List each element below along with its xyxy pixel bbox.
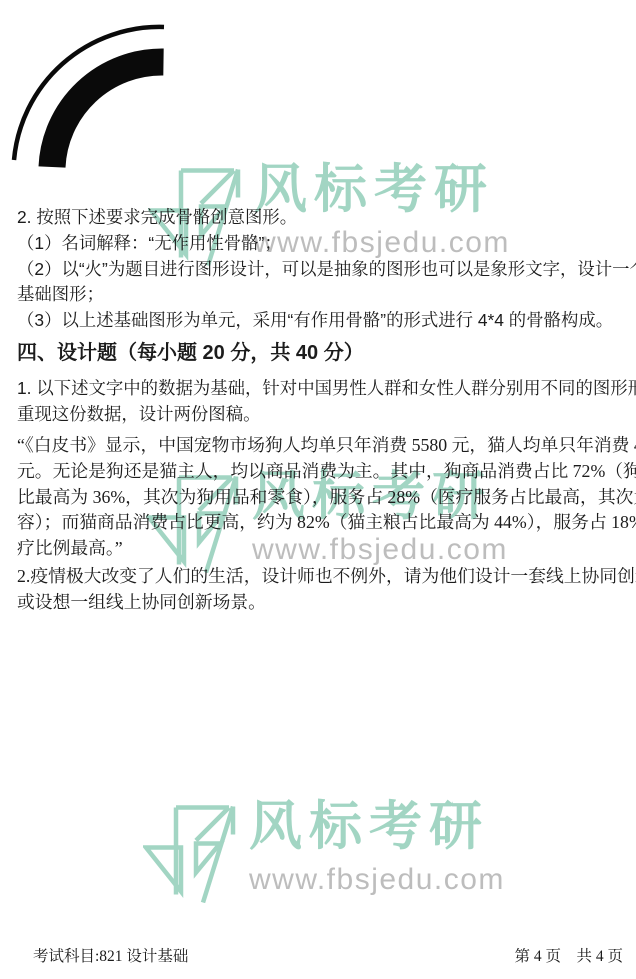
text-line: 容）；而猫商品消费占比更高，约为 82%（猫主粮占比最高为 44%），服务占 1… (17, 510, 627, 536)
text-line: 元。无论是狗还是猫主人，均以商品消费为主。其中，狗商品消费占比 72%（狗主粮占 (17, 459, 627, 485)
watermark-brand-text: 风标考研 (249, 799, 505, 855)
text-line: 或设想一组线上协同创新场景。 (17, 590, 627, 616)
exam-page: 风标考研 www.fbsjedu.com 风标考研 www.fbsjedu.co… (0, 0, 636, 979)
text-line: 1. 以下述文字中的数据为基础，针对中国男性人群和女性人群分别用不同的图形形式 (17, 376, 627, 402)
text-line: 重现这份数据，设计两份图稿。 (17, 402, 627, 428)
text-line: 比最高为 36%，其次为狗用品和零食），服务占 28%（医疗服务占比最高，其次为… (17, 485, 627, 511)
text-line: （3）以上述基础图形为单元，采用“有作用骨骼”的形式进行 4*4 的骨骼构成。 (17, 308, 627, 334)
section4-heading: 四、设计题（每小题 20 分，共 40 分） (17, 341, 627, 365)
watermark-url-text: www.fbsjedu.com (249, 865, 505, 895)
text-line: “《白皮书》显示，中国宠物市场狗人均单只年消费 5580 元，猫人均单只年消费 … (17, 433, 627, 459)
footer-page-number: 第 4 页 共 4 页 (514, 944, 623, 966)
text-line: 2.疫情极大改变了人们的生活，设计师也不例外，请为他们设计一套线上协同创新工具 (17, 564, 627, 590)
fbs-brand-logo-icon (143, 791, 243, 903)
quote-paragraph: “《白皮书》显示，中国宠物市场狗人均单只年消费 5580 元，猫人均单只年消费 … (17, 433, 627, 562)
text-line: （1）名词解释：“无作用性骨骼”； (17, 231, 627, 257)
question2-block: 2. 按照下述要求完成骨骼创意图形。 （1）名词解释：“无作用性骨骼”； （2）… (17, 205, 627, 334)
watermark: 风标考研 www.fbsjedu.com (143, 791, 505, 903)
text-line: （2）以“火”为题目进行图形设计，可以是抽象的图形也可以是象形文字，设计一个 (17, 257, 627, 283)
text-line: 基础图形； (17, 282, 627, 308)
text-line: 疗比例最高。” (17, 536, 627, 562)
text-line: 2. 按照下述要求完成骨骼创意图形。 (17, 205, 627, 231)
design-q2-paragraph: 2.疫情极大改变了人们的生活，设计师也不例外，请为他们设计一套线上协同创新工具 … (17, 564, 627, 616)
corner-arc-graphic (0, 0, 166, 168)
footer-subject: 考试科目:821 设计基础 (33, 944, 188, 966)
design-q1-intro: 1. 以下述文字中的数据为基础，针对中国男性人群和女性人群分别用不同的图形形式 … (17, 376, 627, 428)
